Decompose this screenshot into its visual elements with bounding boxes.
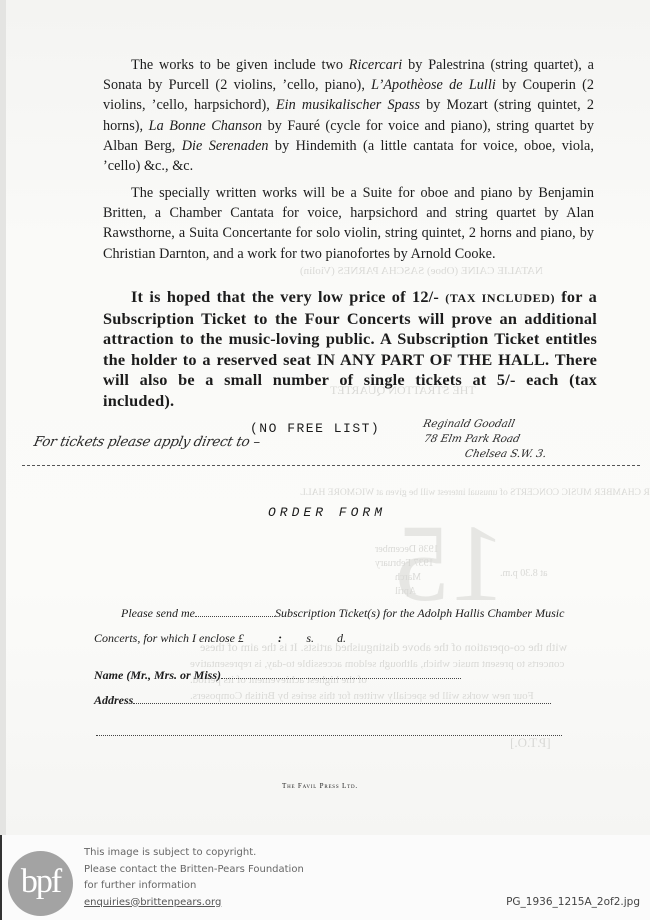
address-field[interactable] <box>133 693 551 704</box>
handwritten-address: Reginald Goodall 78 Elm Park Road Chelse… <box>415 417 554 462</box>
address-label: Address <box>94 693 133 707</box>
label: Subscription Ticket(s) for the Adolph Ha… <box>275 606 564 620</box>
printer-imprint: The Favil Press Ltd. <box>282 782 358 790</box>
paragraph-new-works: The specially written works will be a Su… <box>103 183 594 264</box>
order-line-payment: Concerts, for which I enclose £:s.d. <box>94 631 346 646</box>
pence-field[interactable]: d. <box>314 631 346 646</box>
shillings-field[interactable]: s. <box>282 631 314 646</box>
tear-off-line <box>22 465 640 466</box>
order-line-address: Address <box>94 693 551 708</box>
text-run: It is hoped that the very low price of 1… <box>131 287 445 306</box>
label: Concerts, for which I enclose £ <box>94 631 244 645</box>
handwritten-note: For tickets please apply direct to – <box>32 434 261 450</box>
copyright-notice: This image is subject to copyright. Plea… <box>84 845 304 911</box>
copyright-line: This image is subject to copyright. <box>84 845 304 862</box>
copyright-line: for further information <box>84 878 304 895</box>
work-title: Ein musikalischer Spass <box>276 97 420 113</box>
label: Please send me <box>121 606 195 620</box>
name-label: Name (Mr., Mrs. or Miss) <box>94 668 221 682</box>
paragraph-works: The works to be given include two Ricerc… <box>103 55 594 176</box>
ghost-text: A SERIES OF FOUR CHAMBER MUSIC CONCERTS … <box>300 488 650 498</box>
document-page: NATALIE CAINE (Oboe) SASCHA PARNES (Viol… <box>0 0 650 835</box>
work-title: La Bonne Chanson <box>149 118 262 134</box>
work-title: L’Apothèose de Lulli <box>371 77 496 93</box>
address-line: Chelsea S.W. 3. <box>415 447 548 462</box>
ghost-text: NATALIE CAINE (Oboe) SASCHA PARNES (Viol… <box>300 265 543 277</box>
address-field-line-2[interactable] <box>96 735 562 736</box>
order-line-tickets: Please send meSubscription Ticket(s) for… <box>121 606 564 621</box>
ticket-quantity-field[interactable] <box>195 606 275 617</box>
file-name: PG_1936_1215A_2of2.jpg <box>506 896 640 908</box>
order-line-name: Name (Mr., Mrs. or Miss) <box>94 668 461 683</box>
ghost-text: at 8.30 p.m. <box>500 568 548 579</box>
order-form-title: ORDER FORM <box>268 505 386 520</box>
work-title: Die Serenaden <box>182 138 269 154</box>
tax-note: (TAX INCLUDED) <box>445 291 555 305</box>
text-run: The specially written works will be a Su… <box>103 185 594 262</box>
pounds-field[interactable]: : <box>244 631 282 646</box>
address-line: 78 Elm Park Road <box>418 432 551 447</box>
ghost-text: March <box>395 572 421 583</box>
no-free-list: (NO FREE LIST) <box>250 421 380 436</box>
text-run: The works to be given include two <box>131 57 349 73</box>
ghost-text: 1937 February <box>375 558 434 569</box>
ghost-text: 1936 December <box>375 544 439 555</box>
name-field[interactable] <box>221 668 461 679</box>
work-title: Ricercari <box>349 57 403 73</box>
paragraph-price: It is hoped that the very low price of 1… <box>103 287 597 411</box>
copyright-footer: bpf This image is subject to copyright. … <box>0 835 650 920</box>
copyright-line: Please contact the Britten-Pears Foundat… <box>84 862 304 879</box>
ghost-text: April <box>395 586 416 597</box>
bpf-logo: bpf <box>8 851 73 916</box>
address-line: Reginald Goodall <box>422 417 555 432</box>
ghost-text: [P.T.O.] <box>510 735 551 751</box>
email-link[interactable]: enquiries@brittenpears.org <box>84 895 304 912</box>
